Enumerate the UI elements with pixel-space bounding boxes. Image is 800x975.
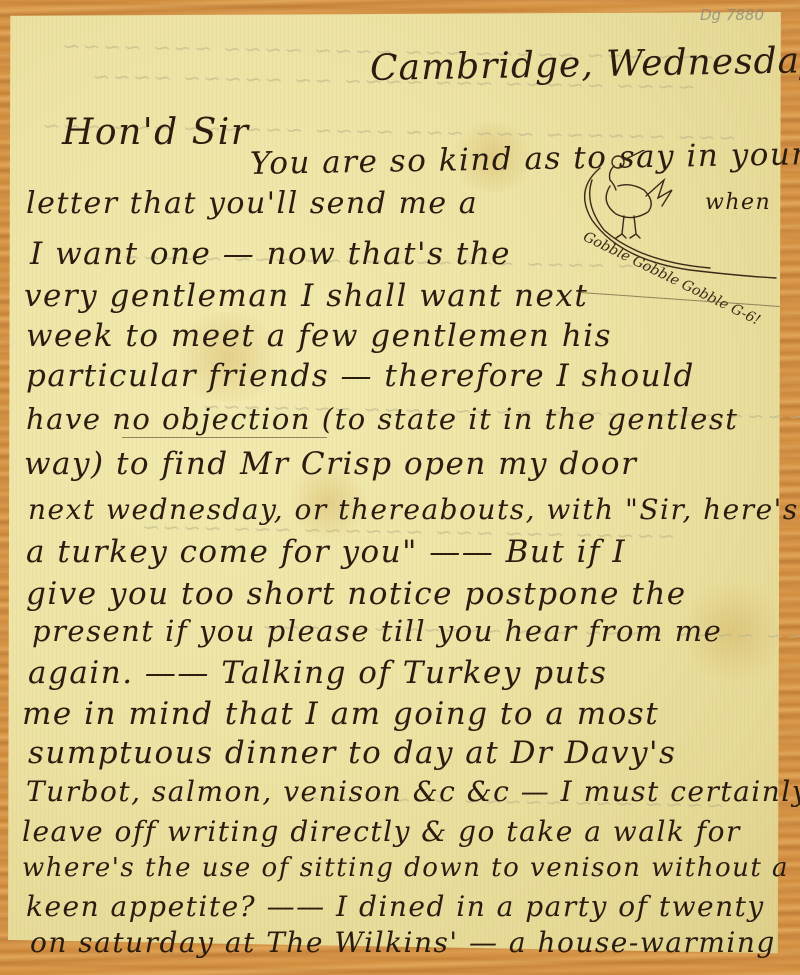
- letter-line-17: leave off writing directly & go take a w…: [22, 815, 741, 848]
- letter-line-20: on saturday at The Wilkins' — a house-wa…: [30, 926, 776, 959]
- letter-line-19: keen appetite? —— I dined in a party of …: [26, 890, 765, 923]
- letter-line-2: letter that you'll send me a: [26, 186, 478, 221]
- letter-line-8: way) to find Mr Crisp open my door: [24, 446, 637, 482]
- letter-line-15: sumptuous dinner to day at Dr Davy's: [28, 735, 676, 771]
- letter-line-7-text: have no objection (to state it in the ge…: [26, 402, 738, 436]
- letter-line-18: where's the use of sitting down to venis…: [22, 853, 789, 883]
- letter-salutation: Hon'd Sir: [62, 112, 250, 153]
- letter-line-3: I want one — now that's the: [30, 236, 511, 272]
- letter-line-7: have no objection (to state it in the ge…: [26, 402, 738, 436]
- letter-line-9: next wednesday, or thereabouts, with "Si…: [28, 493, 799, 526]
- letter-line-16: Turbot, salmon, venison &c &c — I must c…: [26, 775, 800, 808]
- letter-place-date: Cambridge, Wednesday.: [370, 40, 800, 89]
- letter-line-6: particular friends — therefore I should: [26, 358, 695, 394]
- letter-line-5: week to meet a few gentlemen his: [26, 318, 612, 354]
- letter-line-11: give you too short notice postpone the: [26, 576, 687, 612]
- underline-objection: [122, 437, 327, 438]
- letter-line-14: me in mind that I am going to a most: [22, 696, 659, 732]
- catalogue-mark: Dg 7880: [700, 6, 764, 24]
- letter-line-10: a turkey come for you" —— But if I: [26, 534, 626, 570]
- letter-line-13: again. —— Talking of Turkey puts: [28, 655, 607, 691]
- letter-line-12: present if you please till you hear from…: [32, 614, 722, 648]
- letter-line-4: very gentleman I shall want next: [24, 278, 588, 314]
